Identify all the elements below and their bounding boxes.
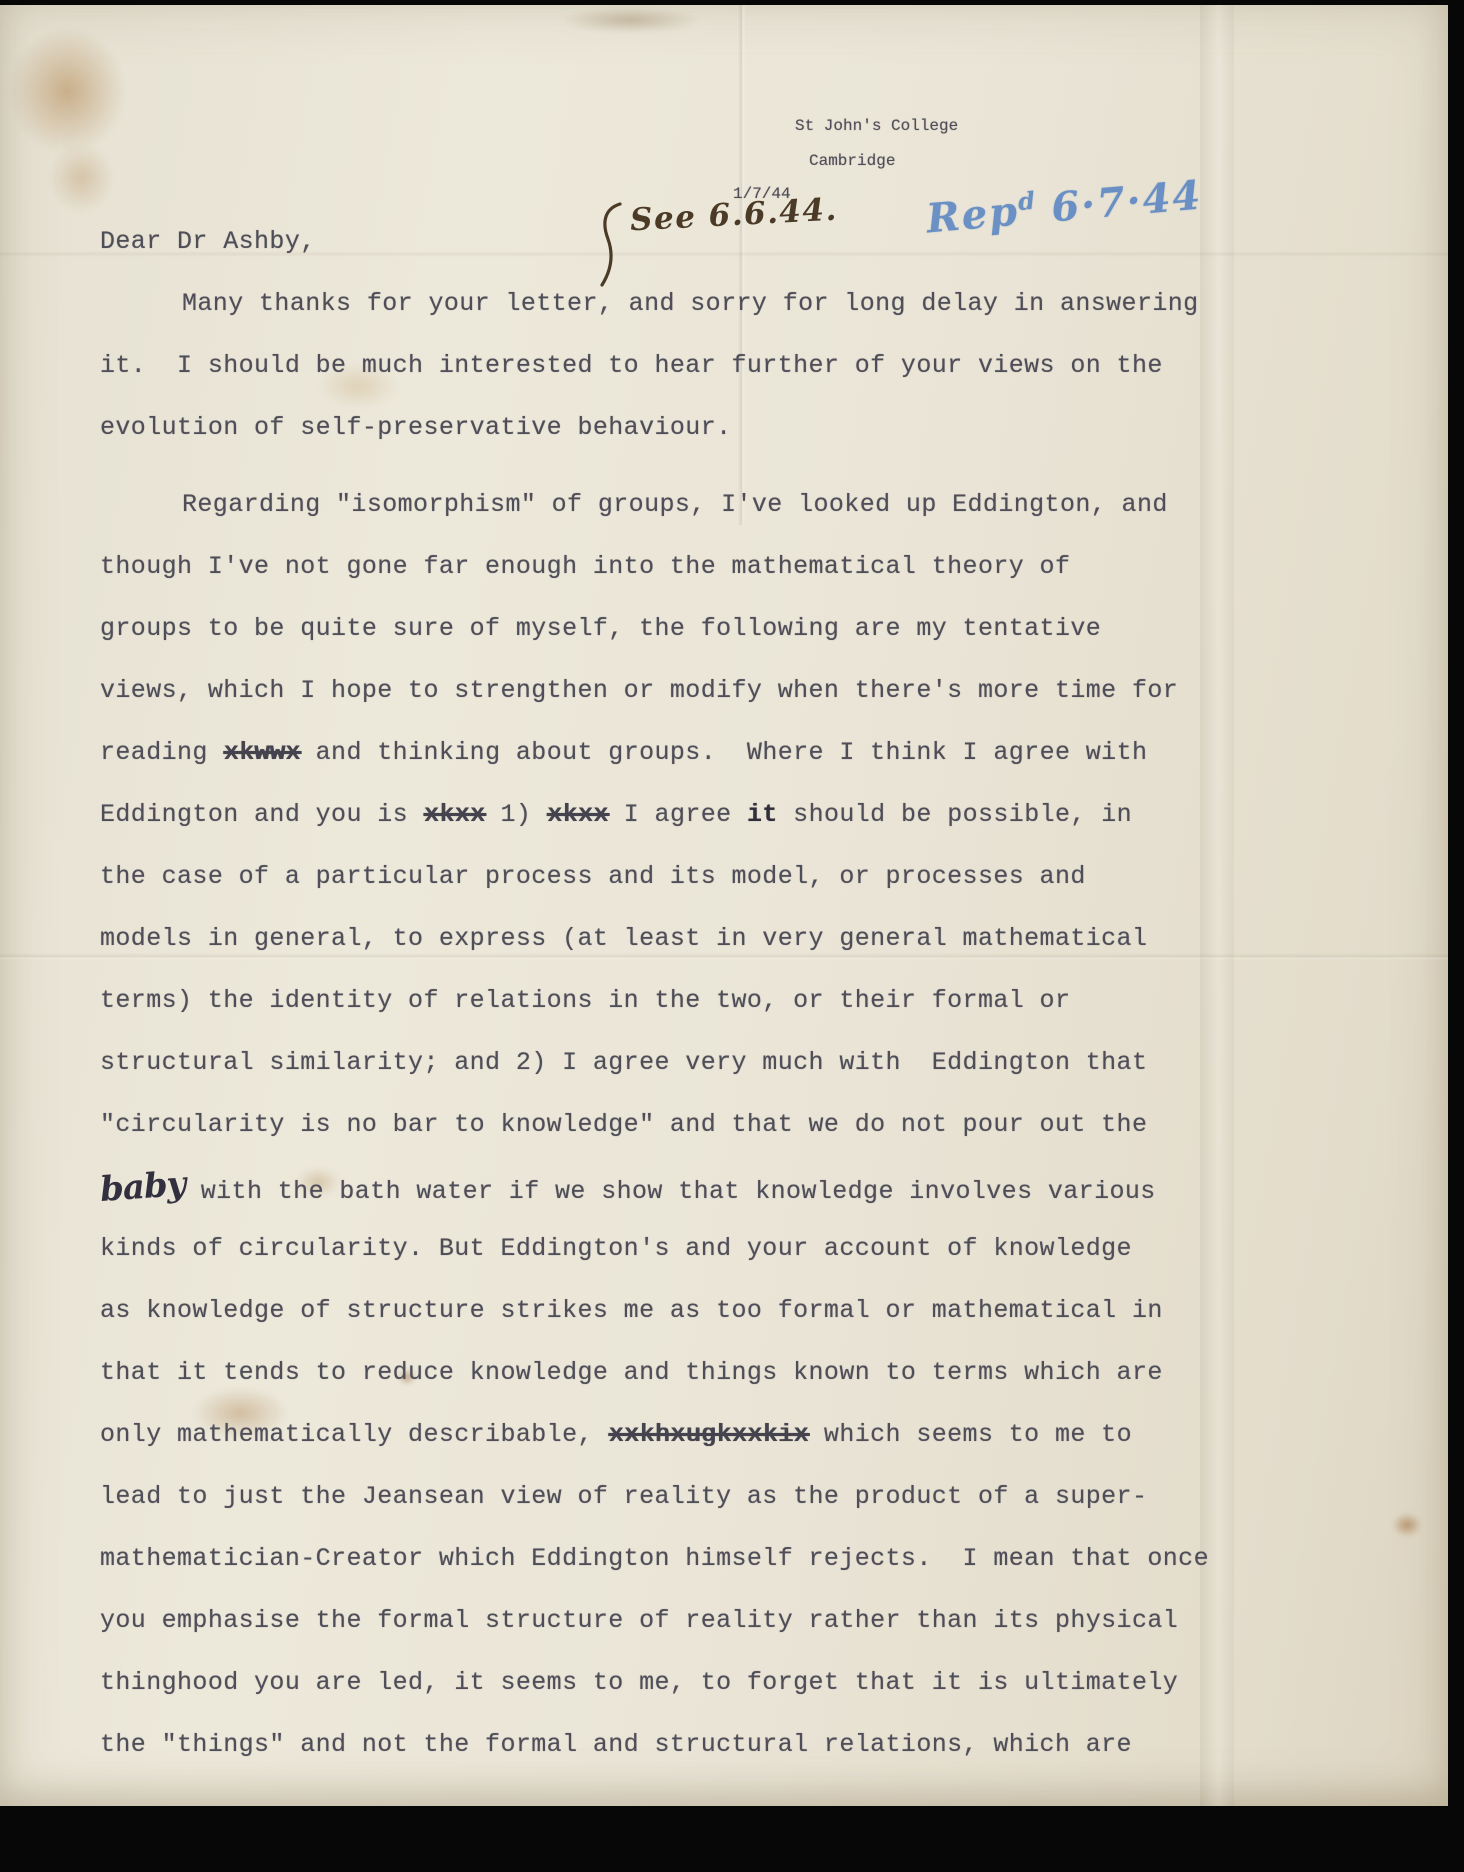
paragraph: Regarding "isomorphism" of groups, I've … [100, 474, 1250, 1776]
typed-text: groups to be quite sure of myself, the f… [100, 614, 1101, 643]
letter-line: groups to be quite sure of myself, the f… [100, 598, 1250, 660]
struck-out-word: xkwwx [223, 738, 300, 767]
letterhead-institution: St John's College [795, 117, 958, 135]
struck-out-word: xkxx [423, 800, 485, 829]
struck-out-word: xxkhxugkxxkix [608, 1420, 808, 1449]
typed-text: "circularity is no bar to knowledge" and… [100, 1110, 1147, 1139]
letter-line: models in general, to express (at least … [100, 908, 1250, 970]
letter-line: Many thanks for your letter, and sorry f… [100, 273, 1250, 335]
letter-line: it. I should be much interested to hear … [100, 335, 1250, 397]
letter-line: "circularity is no bar to knowledge" and… [100, 1094, 1250, 1156]
typed-text: only mathematically describable, [100, 1420, 608, 1449]
letterhead-city: Cambridge [809, 152, 895, 170]
typed-text: that it tends to reduce knowledge and th… [100, 1358, 1163, 1387]
letter-line: terms) the identity of relations in the … [100, 970, 1250, 1032]
letter-line: baby with the bath water if we show that… [100, 1156, 1250, 1218]
paragraph: Many thanks for your letter, and sorry f… [100, 273, 1250, 459]
stain [1392, 1513, 1422, 1537]
typed-text: Eddington and you is [100, 800, 423, 829]
typed-text: the "things" and not the formal and stru… [100, 1730, 1132, 1759]
letter-line: views, which I hope to strengthen or mod… [100, 660, 1250, 722]
typed-text: kinds of circularity. But Eddington's an… [100, 1234, 1132, 1263]
typed-text: structural similarity; and 2) I agree ve… [100, 1048, 1147, 1077]
letter-line: as knowledge of structure strikes me as … [100, 1280, 1250, 1342]
typed-text: as knowledge of structure strikes me as … [100, 1296, 1163, 1325]
scanned-letter-page: { "letterhead": { "institution": "St Joh… [0, 0, 1464, 1872]
letter-line: reading xkwwx and thinking about groups.… [100, 722, 1250, 784]
letter-line: that it tends to reduce knowledge and th… [100, 1342, 1250, 1404]
typed-text: I agree [608, 800, 747, 829]
typed-text: terms) the identity of relations in the … [100, 986, 1070, 1015]
letter-line: kinds of circularity. But Eddington's an… [100, 1218, 1250, 1280]
letter-line: evolution of self-preservative behaviour… [100, 397, 1250, 459]
letter-line: thinghood you are led, it seems to me, t… [100, 1652, 1250, 1714]
typed-text: Regarding "isomorphism" of groups, I've … [182, 490, 1168, 519]
typed-text: you emphasise the formal structure of re… [100, 1606, 1178, 1635]
handwritten-word: baby [98, 1153, 187, 1221]
letter-line: the case of a particular process and its… [100, 846, 1250, 908]
salutation: Dear Dr Ashby, [100, 211, 1250, 273]
typed-text: it. I should be much interested to hear … [100, 351, 1163, 380]
letter-text-block: Dear Dr Ashby, Many thanks for your lett… [100, 211, 1250, 1776]
typed-text: 1) [485, 800, 547, 829]
letter-line: the "things" and not the formal and stru… [100, 1714, 1250, 1776]
letter-line: mathematician-Creator which Eddington hi… [100, 1528, 1250, 1590]
typed-text: Many thanks for your letter, and sorry f… [182, 289, 1199, 318]
typed-text: models in general, to express (at least … [100, 924, 1147, 953]
letter-line: only mathematically describable, xxkhxug… [100, 1404, 1250, 1466]
letter-line: structural similarity; and 2) I agree ve… [100, 1032, 1250, 1094]
corrected-word: it [747, 800, 778, 829]
typed-text: thinghood you are led, it seems to me, t… [100, 1668, 1178, 1697]
typed-text: which seems to me to [809, 1420, 1132, 1449]
letter-line: lead to just the Jeansean view of realit… [100, 1466, 1250, 1528]
typed-text: though I've not gone far enough into the… [100, 552, 1070, 581]
stain [8, 27, 126, 155]
typed-text: evolution of self-preservative behaviour… [100, 413, 732, 442]
typed-text: should be possible, in [778, 800, 1132, 829]
typed-text: views, which I hope to strengthen or mod… [100, 676, 1178, 705]
letter-line: you emphasise the formal structure of re… [100, 1590, 1250, 1652]
typed-text: the case of a particular process and its… [100, 862, 1086, 891]
letter-line: Eddington and you is xkxx 1) xkxx I agre… [100, 784, 1250, 846]
stain [560, 7, 700, 33]
typed-text: with the bath water if we show that know… [185, 1177, 1155, 1206]
typed-text: mathematician-Creator which Eddington hi… [100, 1544, 1209, 1573]
letter-line: Regarding "isomorphism" of groups, I've … [100, 474, 1250, 536]
letter-body: Many thanks for your letter, and sorry f… [100, 273, 1250, 1776]
struck-out-word: xkxx [547, 800, 609, 829]
letter-line: though I've not gone far enough into the… [100, 536, 1250, 598]
typed-text: lead to just the Jeansean view of realit… [100, 1482, 1147, 1511]
stain [48, 143, 114, 213]
typed-text: reading [100, 738, 223, 767]
letter-paper: St John's College Cambridge 1/7/44 See 6… [0, 5, 1448, 1806]
typed-text: and thinking about groups. Where I think… [300, 738, 1147, 767]
